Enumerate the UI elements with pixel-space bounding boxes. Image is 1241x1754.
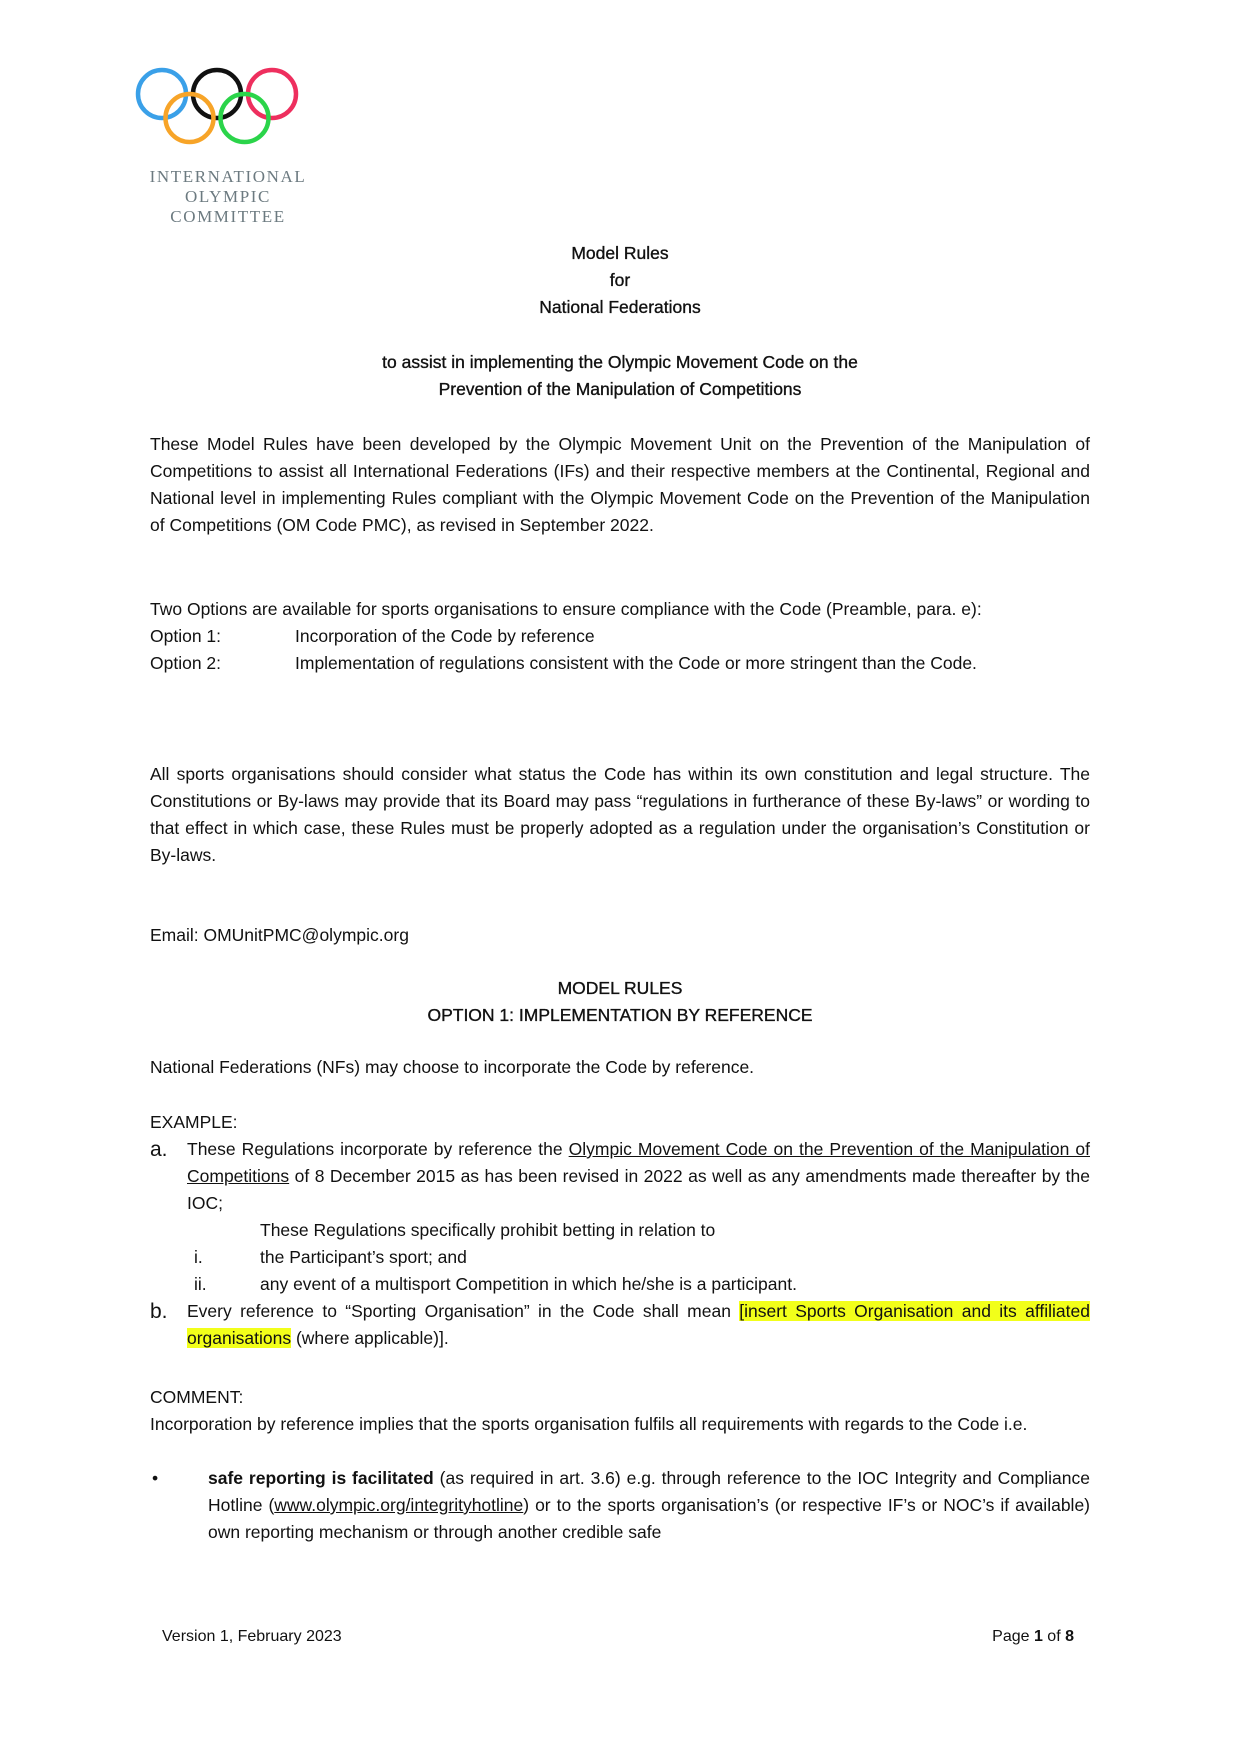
document-title: Model Rules for National Federations	[150, 240, 1090, 321]
page-footer: Version 1, February 2023 Page 1 of 8	[162, 1628, 1074, 1646]
list-item-body: These Regulations incorporate by referen…	[187, 1136, 1090, 1217]
section-heading: MODEL RULES OPTION 1: IMPLEMENTATION BY …	[150, 975, 1090, 1029]
title-line: National Federations	[150, 294, 1090, 321]
heading-line: OPTION 1: IMPLEMENTATION BY REFERENCE	[150, 1002, 1090, 1029]
hotline-link[interactable]: www.olympic.org/integrityhotline	[274, 1495, 523, 1515]
sub-list-item: i. the Participant’s sport; and	[150, 1244, 1090, 1271]
option-label: Option 2:	[150, 650, 295, 677]
sub-list-marker: ii.	[180, 1271, 260, 1298]
title-line: for	[150, 267, 1090, 294]
item-text: Every reference to “Sporting Organisatio…	[187, 1301, 739, 1321]
ioc-wordmark: INTERNATIONAL OLYMPIC COMMITTEE	[128, 167, 328, 227]
comment-label: COMMENT:	[150, 1384, 1090, 1411]
subtitle-line: to assist in implementing the Olympic Mo…	[150, 349, 1090, 376]
sub-list-text: any event of a multisport Competition in…	[260, 1271, 797, 1298]
bullet-body: safe reporting is facilitated (as requir…	[208, 1465, 1090, 1546]
nfs-paragraph: National Federations (NFs) may choose to…	[150, 1054, 1090, 1081]
sub-list-item: ii. any event of a multisport Competitio…	[150, 1271, 1090, 1298]
page-of: of	[1043, 1628, 1065, 1645]
bullet-icon: •	[150, 1465, 208, 1546]
document-page: INTERNATIONAL OLYMPIC COMMITTEE Model Ru…	[0, 0, 1241, 1754]
comment-paragraph: Incorporation by reference implies that …	[150, 1411, 1090, 1438]
list-item-body: Every reference to “Sporting Organisatio…	[187, 1298, 1090, 1352]
option-row: Option 2: Implementation of regulations …	[150, 650, 1090, 677]
status-paragraph: All sports organisations should consider…	[150, 761, 1090, 869]
wordmark-line: COMMITTEE	[128, 207, 328, 227]
example-label: EXAMPLE:	[150, 1109, 1090, 1136]
page-total: 8	[1065, 1628, 1074, 1645]
document-subtitle: to assist in implementing the Olympic Mo…	[150, 349, 1090, 403]
page-current: 1	[1034, 1628, 1043, 1645]
page-number: Page 1 of 8	[992, 1628, 1074, 1646]
options-section: Two Options are available for sports org…	[150, 596, 1090, 677]
email-address[interactable]: OMUnitPMC@olympic.org	[203, 925, 408, 945]
email-line: Email: OMUnitPMC@olympic.org	[150, 922, 1090, 949]
wordmark-line: OLYMPIC	[128, 187, 328, 207]
item-text: of 8 December 2015 as has been revised i…	[187, 1166, 1090, 1213]
heading-line: MODEL RULES	[150, 975, 1090, 1002]
wordmark-line: INTERNATIONAL	[128, 167, 328, 187]
version-label: Version 1, February 2023	[162, 1628, 342, 1646]
list-item: b. Every reference to “Sporting Organisa…	[150, 1298, 1090, 1352]
option-row: Option 1: Incorporation of the Code by r…	[150, 623, 1090, 650]
option-text: Implementation of regulations consistent…	[295, 650, 1090, 677]
sub-list-marker: i.	[180, 1244, 260, 1271]
email-label: Email:	[150, 925, 203, 945]
item-text: These Regulations incorporate by referen…	[187, 1139, 569, 1159]
option-text: Incorporation of the Code by reference	[295, 623, 1090, 650]
list-marker: a.	[150, 1136, 187, 1217]
sub-list-intro: These Regulations specifically prohibit …	[150, 1217, 1090, 1244]
list-marker: b.	[150, 1298, 187, 1352]
intro-paragraph: These Model Rules have been developed by…	[150, 431, 1090, 539]
comment-bullets: • safe reporting is facilitated (as requ…	[150, 1465, 1090, 1546]
subtitle-line: Prevention of the Manipulation of Compet…	[150, 376, 1090, 403]
item-text: (where applicable)].	[291, 1328, 449, 1348]
list-item: a. These Regulations incorporate by refe…	[150, 1136, 1090, 1217]
bullet-item: • safe reporting is facilitated (as requ…	[150, 1465, 1090, 1546]
option-label: Option 1:	[150, 623, 295, 650]
olympic-rings-icon	[134, 66, 304, 148]
sub-list-text: the Participant’s sport; and	[260, 1244, 467, 1271]
bullet-bold-text: safe reporting is facilitated	[208, 1468, 434, 1488]
options-intro: Two Options are available for sports org…	[150, 596, 1090, 623]
example-list: a. These Regulations incorporate by refe…	[150, 1136, 1090, 1352]
page-prefix: Page	[992, 1628, 1034, 1645]
title-line: Model Rules	[150, 240, 1090, 267]
